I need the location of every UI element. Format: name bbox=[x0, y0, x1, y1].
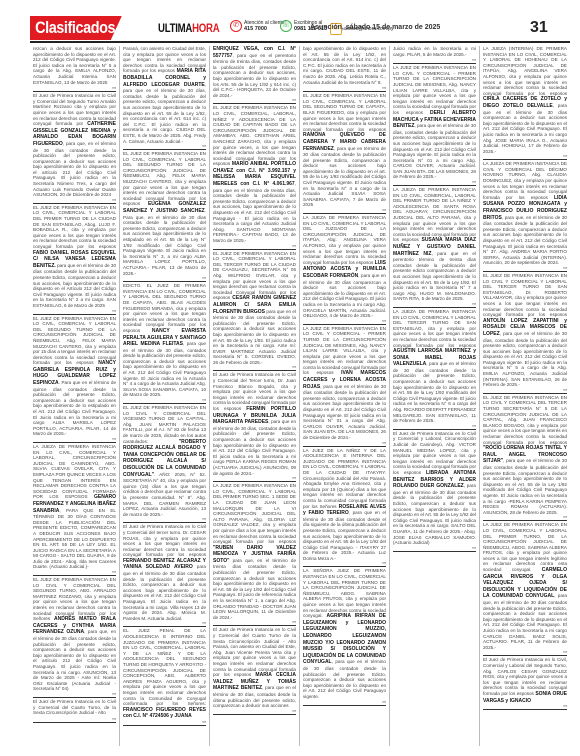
notice-text: LA JUEZA (INTERINA) DE PRIMERA INSTANCIA… bbox=[483, 46, 567, 96]
notice-text: EL JUEZ DE PRIMERA INSTANCIA EN LO CIVIL… bbox=[33, 205, 116, 249]
notice-code: ▪▪▪ bbox=[483, 154, 567, 158]
notice-code: ▪▪▪ bbox=[123, 517, 206, 521]
notice-text: , para que en el término de 30 días, con… bbox=[393, 123, 476, 179]
notice-text: LA JUEZA DE PRIMERA INSTANCIA EN LO CIVI… bbox=[303, 215, 386, 265]
classifieds-columns: rezcan a deducir sus acciones bajo aperc… bbox=[30, 46, 570, 746]
contact-phone: ✆ Atención al cliente:415 7000 bbox=[230, 20, 286, 32]
notice-text: . Para que en el término de quince días … bbox=[33, 380, 116, 436]
notice-text: LA JUEZ DE PRIMERA INSTANCIA EN LO CIVIL… bbox=[303, 326, 386, 376]
notice-text: , PARA QUE EN EL TÉRMINO DE 30 DÍAS CONT… bbox=[33, 508, 116, 570]
notice-text: , para que en el término de 30 días comp… bbox=[303, 273, 386, 318]
notice-text: bajo apercibimiento de lo dispuesto en e… bbox=[303, 46, 386, 85]
legal-notice: LA JUEZA DE PRIMERA INSTANCIA EN LO CIVI… bbox=[393, 187, 476, 308]
notice-text: , para que en el término de 30 días, con… bbox=[123, 82, 206, 144]
legal-notice: EDICTO. EL JUEZ DE PRIMERA INSTANCIA EN … bbox=[123, 283, 206, 404]
notice-text: EL JUEZ DE PRIMERA INSTANCIA EN LO CIVIL… bbox=[33, 316, 116, 366]
notice-text: EL JUEZ DE PRIMERA INSTANCIA EN LO CIVIL… bbox=[213, 251, 296, 301]
legal-notice: EL JUEZ DE PRIMERA INSTANCIA EN LO CIVIL… bbox=[33, 316, 116, 443]
legal-notice: Paraná, con asiento en Ciudad del Este, … bbox=[123, 46, 206, 150]
notice-text: , para que en el término de 30 días cont… bbox=[393, 483, 476, 545]
notice-text: LA JUEZ DE PRIMERA INSTANCIA EN LO CIVIL… bbox=[393, 65, 476, 115]
notice-code: ▪▪▪ bbox=[483, 704, 567, 708]
notice-text: , para que en el término de 30 días, con… bbox=[213, 419, 296, 475]
notice-text: , para que en el término de treinta días… bbox=[213, 181, 296, 243]
legal-notice: El Juez de Primera Instancia en lo Civil… bbox=[33, 699, 116, 723]
notice-code: ▪▪▪ bbox=[123, 276, 206, 280]
legal-notice: EL JUEZ DE PRIMERA INSTANCIA EN LO CIVIL… bbox=[483, 273, 567, 394]
page-header: Clasificados ULTIMAHORA ✆ Atención al cl… bbox=[30, 16, 570, 40]
notice-text: , para que, en el término de 30 días con… bbox=[33, 629, 116, 691]
notice-code: ▪▪▪ bbox=[393, 546, 476, 550]
legal-notice: EL JUEZ DE PRIMERA INSTANCIA EN LO CIVIL… bbox=[123, 405, 206, 523]
notice-text: , para que, en el término de 30 días con… bbox=[483, 593, 567, 649]
notice-code: ▪▪▪ bbox=[303, 86, 386, 90]
notice-code: ▪▪▪ bbox=[303, 700, 386, 704]
section-title: Clasificados bbox=[30, 16, 122, 40]
notice-text: para que en el término de 30 días contad… bbox=[123, 564, 206, 620]
notice-names: FRANCISCO FIGUEREDO REYES con C.I. N° 47… bbox=[123, 707, 206, 720]
notice-code: ▪▪▪ bbox=[393, 424, 476, 428]
notice-text: , para que en el término de 30 días cont… bbox=[303, 659, 386, 699]
header-rule bbox=[30, 41, 570, 43]
notice-code: ▪▪▪ bbox=[213, 98, 296, 102]
notice-code: ▪▪▪ bbox=[213, 244, 296, 248]
notice-code: ▪▪▪ bbox=[33, 86, 116, 90]
legal-notice: LA JUEZ DE PRIMERA INSTANCIA EN LO CIVIL… bbox=[483, 522, 567, 656]
legal-notice: EL JUEZ DE PRIMERA INSTANCIA EN LO CIVIL… bbox=[33, 205, 116, 315]
legal-notice: LA JUEZ DE LA NIÑEZ Y DE LA ADOLESCENCIA… bbox=[303, 448, 386, 568]
legal-notice: EL JUEZ DE PRIMERA INSTANCIA EN LO CIVIL… bbox=[213, 105, 296, 249]
notice-code: ▪▪▪ bbox=[213, 709, 296, 713]
notice-code: ▪▪▪ bbox=[303, 208, 386, 212]
column-3: ENRIQUEZ VEGA, con C.I. N° 5577757, para… bbox=[210, 46, 300, 746]
notice-text: LA JUEZ DE PRIMERA INSTANCIA EN LO CIVIL… bbox=[213, 483, 296, 544]
column-4: bajo apercibimiento de lo dispuesto en e… bbox=[300, 46, 390, 746]
page-number: 31 bbox=[530, 19, 548, 37]
notice-code: ▪▪▪ bbox=[483, 388, 567, 392]
notice-code: ▪▪▪ bbox=[303, 441, 386, 445]
legal-notice: LA JUEZA DE PRIMERA INSTANCIA EN LO CIVI… bbox=[393, 309, 476, 430]
notice-text: , para que, en el término de 30 días con… bbox=[483, 215, 567, 266]
notice-text: EDICTO. EL JUEZ DE PRIMERA INSTANCIA EN … bbox=[123, 283, 206, 333]
notice-code: ▪▪▪ bbox=[213, 620, 296, 624]
notice-text: EL JUEZ DE PRIMERA INSTANCIA EN LO CIVIL… bbox=[123, 151, 206, 206]
notice-text: , para que en el término de 30 días cont… bbox=[303, 510, 386, 561]
newspaper-logo: ULTIMAHORA bbox=[158, 21, 219, 35]
notice-code: ▪▪▪ bbox=[123, 720, 206, 724]
notice-names: AGRIPINA IRIFRAN DE LEGUIZAMON y LEONARD… bbox=[303, 613, 386, 665]
legal-notice: LA JUEZA DE PRIMERA INSTANCIA DE CIVIL Y… bbox=[483, 161, 567, 272]
notice-code: ▪▪▪ bbox=[393, 58, 476, 62]
notice-code: ▪▪▪ bbox=[393, 302, 476, 306]
notice-text: LA SEÑORA JUEZ DE PRIMERA INSTANCIA EN L… bbox=[303, 568, 386, 618]
notice-text: , para que en el perentorio término de t… bbox=[393, 251, 476, 302]
notice-code: ▪▪▪ bbox=[33, 198, 116, 202]
notice-text: El Juez de Primera Instancia en lo Civil… bbox=[213, 627, 296, 677]
notice-text: , para que en término de 30 días contado… bbox=[303, 146, 386, 208]
notice-text: para que en el término de 30 días contad… bbox=[33, 263, 116, 308]
legal-notice: bajo apercibimiento de lo dispuesto en e… bbox=[303, 46, 386, 92]
notice-text: LA JUEZA DE PRIMERA INSTANCIA EN LO CIVI… bbox=[33, 444, 116, 499]
legal-notice: Juicio radica en la Secretaría a mi carg… bbox=[393, 46, 476, 64]
notice-code: ▪▪▪ bbox=[303, 319, 386, 323]
notice-text: Juicio radica en la Secretaría a mi carg… bbox=[393, 46, 476, 57]
notice-code: ▪▪▪ bbox=[33, 692, 116, 696]
notice-text: rezcan a deducir sus acciones bajo aperc… bbox=[33, 46, 116, 85]
legal-notice: EL JUEZ DE PRIMERA INSTANCIA EN LO CIVIL… bbox=[483, 395, 567, 521]
notice-code: ▪▪▪ bbox=[33, 437, 116, 441]
notice-text: LA JUEZ DE LA NIÑEZ Y DE LA ADOLESCENCIA… bbox=[303, 448, 386, 509]
legal-notice: El Juez de Primera Instancia en lo Civil… bbox=[213, 372, 296, 482]
notice-text: , para que en el perentorio término de t… bbox=[213, 53, 296, 98]
notice-code: ▪▪▪ bbox=[33, 570, 116, 574]
notice-text: EL JUEZ DE PRIMERA INSTANCIA EN LO CIVIL… bbox=[33, 577, 116, 621]
legal-notice: EL JUEZ DE PRIMERA INSTANCIA EN LO CIVIL… bbox=[303, 93, 386, 214]
legal-notice: El Juez de Primera Instancia en lo Civil… bbox=[483, 657, 567, 710]
notice-text: , para que en el término de 30 días, con… bbox=[483, 331, 567, 387]
whatsapp-icon: ☏ bbox=[280, 20, 292, 32]
notice-text: , para que en el término de 30 días, con… bbox=[123, 341, 206, 397]
legal-notice: LA JUEZ DE PRIMERA INSTANCIA EN LO CIVIL… bbox=[303, 326, 386, 447]
notice-text: El Juez de Primera Instancia en lo Civil… bbox=[33, 699, 116, 715]
notice-text: EL JUEZ DE PRIMERA INSTANCIA EN LO CIVIL… bbox=[303, 93, 386, 132]
phone-icon: ✆ bbox=[230, 20, 242, 32]
notice-code: ▪▪▪ bbox=[393, 180, 476, 184]
notice-code: ▪▪▪ bbox=[483, 650, 567, 654]
notice-text: El Juez de Primera Instancia en lo Civil… bbox=[123, 524, 206, 557]
notice-code: ▪▪▪ bbox=[213, 365, 296, 369]
notice-text: . AÑO: 2025, N° 52. SECRETARÍA N° 40, ci… bbox=[123, 472, 206, 517]
legal-notice: LA JUEZA DE PRIMERA INSTANCIA EN LO CIVI… bbox=[33, 444, 116, 576]
legal-notice: LA JUEZ DE PRIMERA INSTANCIA EN LO CIVIL… bbox=[213, 483, 296, 626]
notice-text: EL JUEZ DE PRIMERA INSTANCIA EN LO CIVIL… bbox=[483, 273, 567, 317]
legal-notice: El Juez de Primera Instancia en lo Civil… bbox=[393, 431, 476, 552]
notice-code: ▪▪▪ bbox=[123, 398, 206, 402]
column-2: Paraná, con asiento en Ciudad del Este, … bbox=[120, 46, 210, 746]
notice-code: ▪▪▪ bbox=[123, 621, 206, 625]
notice-text: , para que en el término de 30 días cont… bbox=[393, 361, 476, 423]
notice-text: LA JUEZA DE PRIMERA INSTANCIA EN LO CIVI… bbox=[393, 309, 476, 348]
legal-notice: EL JUEZ DE PRIMERA INSTANCIA EN LO CIVIL… bbox=[213, 251, 296, 372]
legal-notice: ENRIQUEZ VEGA, con C.I. N° 5577757, para… bbox=[213, 46, 296, 104]
legal-notice: El Juez de Primera Instancia en lo Civil… bbox=[33, 93, 116, 204]
legal-notice: LA JUEZA (INTERINA) DE PRIMERA INSTANCIA… bbox=[483, 46, 567, 160]
notice-text: para que en el término de 30 días contad… bbox=[213, 309, 296, 365]
legal-notice: El Juez de Primera Instancia en lo Civil… bbox=[123, 524, 206, 627]
legal-notice: EL JUEZ PENAL DE LA ADOLESCENCIA E INTER… bbox=[123, 628, 206, 726]
notice-text: , para que, en el término de 30 días con… bbox=[33, 141, 116, 197]
legal-notice: EL JUEZ DE PRIMERA INSTANCIA EN LO CIVIL… bbox=[33, 577, 116, 698]
notice-code: ▪▪▪ bbox=[33, 309, 116, 313]
notice-text: EL JUEZ DE PRIMERA INSTANCIA EN LO CIVIL… bbox=[483, 395, 567, 445]
legal-notice: rezcan a deducir sus acciones bajo aperc… bbox=[33, 46, 116, 92]
legal-notice: El Juez de Primera Instancia en lo Civil… bbox=[213, 627, 296, 714]
notice-text: EL JUEZ DE PRIMERA INSTANCIA EN LO CIVIL… bbox=[213, 105, 296, 166]
column-1: rezcan a deducir sus acciones bajo aperc… bbox=[30, 46, 120, 746]
column-6: LA JUEZA (INTERINA) DE PRIMERA INSTANCIA… bbox=[480, 46, 570, 746]
notice-code: ▪▪▪ bbox=[213, 476, 296, 480]
notice-code: ▪▪▪ bbox=[483, 266, 567, 270]
notice-text: , para que en el término de 30 días cont… bbox=[483, 458, 567, 514]
notice-text: . Para que, en el término de 30 días con… bbox=[123, 208, 206, 276]
issue-date: Asunción, sábado 15 de marzo de 2025 bbox=[310, 24, 440, 31]
notice-code: ▪▪▪ bbox=[483, 515, 567, 519]
notice-text: , para que en el término de 30 días comp… bbox=[483, 103, 567, 154]
notice-text: El Juez de Primera Instancia en lo Civil… bbox=[393, 431, 476, 475]
notice-code: ▪▪▪ bbox=[123, 144, 206, 148]
notice-code: ▪▪▪ bbox=[33, 717, 116, 721]
notice-text: EL JUEZ PENAL DE LA ADOLESCENCIA E INTER… bbox=[123, 628, 206, 706]
notice-text: , para que en el término de 30 días cont… bbox=[303, 384, 386, 440]
column-5: Juicio radica en la Secretaría a mi carg… bbox=[390, 46, 480, 746]
notice-text: LA JUEZ DE PRIMERA INSTANCIA EN LO CIVIL… bbox=[483, 522, 567, 572]
notice-text: LA JUEZA DE PRIMERA INSTANCIA EN LO CIVI… bbox=[393, 187, 476, 242]
legal-notice: LA JUEZ DE PRIMERA INSTANCIA EN LO CIVIL… bbox=[393, 65, 476, 186]
notice-text: para que, en el término de treinta días … bbox=[213, 558, 296, 620]
notice-code: ▪▪▪ bbox=[303, 561, 386, 565]
legal-notice: EL JUEZ DE PRIMERA INSTANCIA EN LO CIVIL… bbox=[123, 151, 206, 282]
legal-notice: LA SEÑORA JUEZ DE PRIMERA INSTANCIA EN L… bbox=[303, 568, 386, 705]
legal-notice: LA JUEZA DE PRIMERA INSTANCIA EN LO CIVI… bbox=[303, 215, 386, 325]
